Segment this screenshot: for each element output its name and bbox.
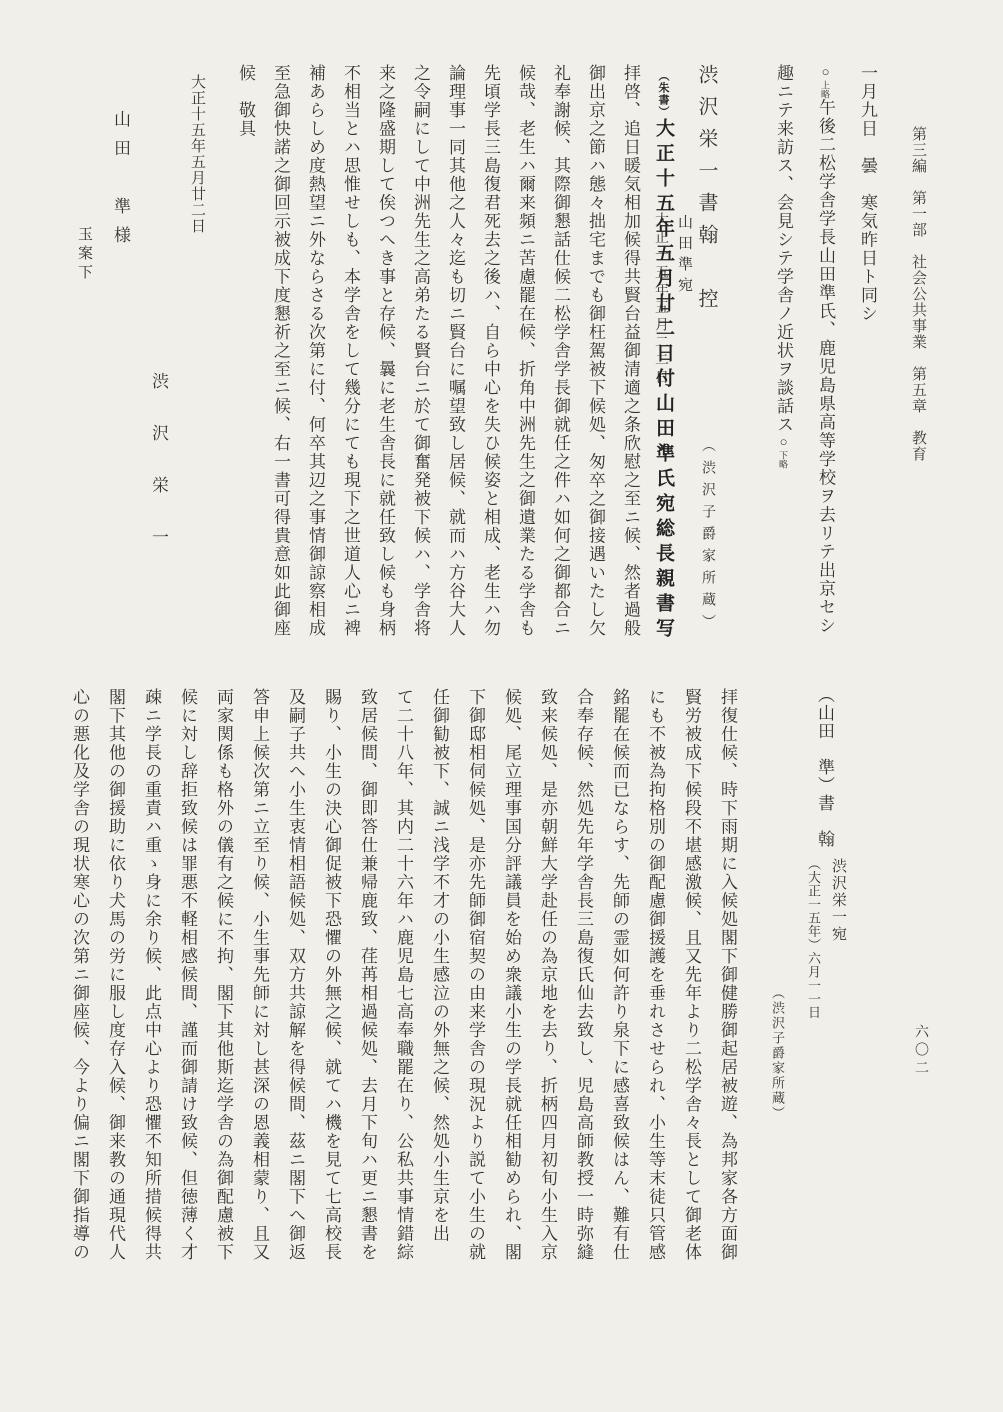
letter2-date: （大正一五年）六月一一日: [804, 857, 823, 1019]
letter1-body-column: 之令嗣にして中洲先生之高弟たる賢台ニ於て御奮発被下候ハ、学舎将: [403, 64, 438, 654]
letter1-source-note: （渋沢子爵家所蔵）: [697, 438, 717, 636]
letter2-body-column: 拝復仕候、時下雨期に入候処閣下御健勝御起居被遊、為邦家各方面御: [709, 688, 745, 1278]
letter2-body: 拝復仕候、時下雨期に入候処閣下御健勝御起居被遊、為邦家各方面御 賢労被成下候段不…: [61, 688, 745, 1278]
letter1-signature-date: 大正十五年五月廿二日: [187, 74, 208, 234]
omission-marker: ○: [776, 434, 791, 451]
letter1-body-column: 先頃学長三島復君死去之後ハ、自ら中心を失ひ候姿と相成、老生ハ勿: [473, 64, 508, 654]
letter1-body-column: 論理事一同其他之人々迄も切ニ賢台に嘱望致し居候、就而ハ方谷大人: [438, 64, 473, 654]
diary-date-line: 一月九日 曇 寒気昨日ト同シ: [846, 64, 888, 664]
letter1-title: 渋沢栄一書翰 控: [692, 64, 721, 320]
letter2-source-note: （渋沢子爵家所蔵）: [768, 986, 787, 1121]
letter2-title: （山田 準）書 翰: [812, 686, 837, 848]
letter1-body-column: 来之隆盛期して俟つへき事と存候、曩に老生舎長に就任致し候も身柄: [368, 64, 403, 654]
red-note-label: （朱書）: [657, 70, 669, 118]
letter2-body-column: 下御邸相伺候処、是亦先師御宿契の由来学舎の現況より説て小生の就: [457, 688, 493, 1278]
letter2-body-column: 及嗣子共へ小生衷情相語候処、双方共諒解を得候間、茲ニ閣下へ御返: [277, 688, 313, 1278]
letter1-body: 拝啓、追日暖気相加候得共賢台益御清適之条欣慰之至ニ候、然者過般 御出京之節ハ態々…: [228, 64, 648, 654]
page-number: 六〇二: [910, 1024, 930, 1078]
letter1-closing-column: 候 敬具: [228, 64, 263, 654]
letter2-body-column: 任御勧被下、誠ニ浅学不才の小生感泣の外無之候、然処小生京を出: [421, 688, 457, 1278]
letter2-body-column: 候処、尾立理事国分評議員を始め衆議小生の学長就任相勧められ、閣: [493, 688, 529, 1278]
diary-block: 一月九日 曇 寒気昨日ト同シ ○上略午後二松学舎学長山田準氏、鹿児島県高等学校ヲ…: [762, 64, 888, 664]
diary-line: 趣ニテ来訪ス、会見シテ学舎ノ近状ヲ談話ス○下略: [762, 64, 804, 664]
letter2-body-column: 閣下其他の御援助に依り犬馬の労に服し度存入候、御来教の通現代人: [97, 688, 133, 1278]
letter1-signature-sender: 渋 沢 栄 一: [146, 372, 171, 554]
letter2-body-column: 致来候処、是亦朝鮮大学赴任の為京地を去り、折柄四月初旬小生入京: [529, 688, 565, 1278]
omission-bottom-note: 下略: [778, 451, 788, 469]
letter2-body-column: 賜り、小生の決心御促被下恐懼の外無之候、就てハ機を見て七高校長: [313, 688, 349, 1278]
letter2-body-column: 賢労被成下候段不堪感激候、且又先年より二松学舎々長として御老体: [673, 688, 709, 1278]
omission-marker: ○: [818, 64, 833, 81]
letter1-signature-recipient: 山田 準様: [108, 110, 133, 255]
red-note-text: 大正十五年五月廿二日付山田準氏宛総長親書写: [653, 118, 674, 643]
diary-line-text: 午後二松学舎学長山田準氏、鹿児島県高等学校ヲ去リテ出京セシ: [816, 99, 835, 636]
letter1-body-column: 至急御快諾之御回示被成下度懇祈之至ニ候、右一書可得貴意如此御座: [263, 64, 298, 654]
diary-line-text: 趣ニテ来訪ス、会見シテ学舎ノ近状ヲ談話ス: [774, 64, 793, 434]
letter2-body-column: 心の悪化及学舎の現状寒心の次第ニ御座候、今より偏ニ閣下御指導の: [61, 688, 97, 1278]
chapter-header: 第三編 第一部 社会公共事業 第五章 教育: [908, 126, 929, 462]
letter2-body-column: 答申上候次第ニ立至り候、小生事先師に対し甚深の恩義相蒙り、且又: [241, 688, 277, 1278]
letter2-body-column: 銘罷在候而已ならす、先師の霊如何許り泉下に感喜致候はん、難有仕: [601, 688, 637, 1278]
letter1-body-column: 拝啓、追日暖気相加候得共賢台益御清適之条欣慰之至ニ候、然者過般: [613, 64, 648, 654]
letter2-body-column: 候に対し辞拒致候は罪悪不軽相感候間、謹而御請け致候、但徳薄く才: [169, 688, 205, 1278]
letter2-body-column: 致居候間、御即答仕兼帰鹿致、荏苒相過候処、去月下旬ハ更ニ懇書を: [349, 688, 385, 1278]
letter2-body-column: て二十八年、其内二十六年ハ鹿児島七高奉職罷在り、公私共事情錯綜: [385, 688, 421, 1278]
letter1-body-column: 補あらしめ度熱望ニ外ならさる次第に付、何卒其辺之事情御諒察相成: [298, 64, 333, 654]
letter2-body-column: 疎ニ学長の重責ハ重ゝ身に余り候、此点中心より恐懼不知所措候得共: [133, 688, 169, 1278]
letter2-body-column: 合奉存候、然処先年学舎長三島復氏仙去致し、児島高師教授一時弥縫: [565, 688, 601, 1278]
letter2-addressee: 渋沢栄一宛: [828, 858, 849, 943]
letter1-red-note: （朱書）大正十五年五月廿二日付山田準氏宛総長親書写: [650, 70, 677, 643]
letter1-body-column: 御出京之節ハ態々拙宅までも御枉駕被下候処、匆卒之御接遇いたし欠: [578, 64, 613, 654]
letter1-addressee: 山田準宛: [674, 214, 695, 298]
letter1-body-column: 不相当とハ思惟せしも、本学舎をして幾分にても現下之世道人心ニ裨: [333, 64, 368, 654]
letter1-body-column: 候哉、老生ハ爾来頻ニ苦慮罷在候、折角中洲先生之御遺業たる学舎も: [508, 64, 543, 654]
omission-top-note: 上略: [820, 81, 830, 99]
letter1-body-column: 礼奉謝候、其際御懇話仕候二松学舎学長御就任之件ハ如何之御都合ニ: [543, 64, 578, 654]
letter2-body-column: にも不被為拘格別の御配慮御援護を垂れさせられ、小生等末徒只管感: [637, 688, 673, 1278]
letter2-body-column: 両家関係も格外の儀有之候に不拘、閣下其他斯迄学舎の為御配慮被下: [205, 688, 241, 1278]
diary-line: ○上略午後二松学舎学長山田準氏、鹿児島県高等学校ヲ去リテ出京セシ: [804, 64, 846, 664]
letter1-signature-honorific: 玉案下: [74, 226, 95, 283]
